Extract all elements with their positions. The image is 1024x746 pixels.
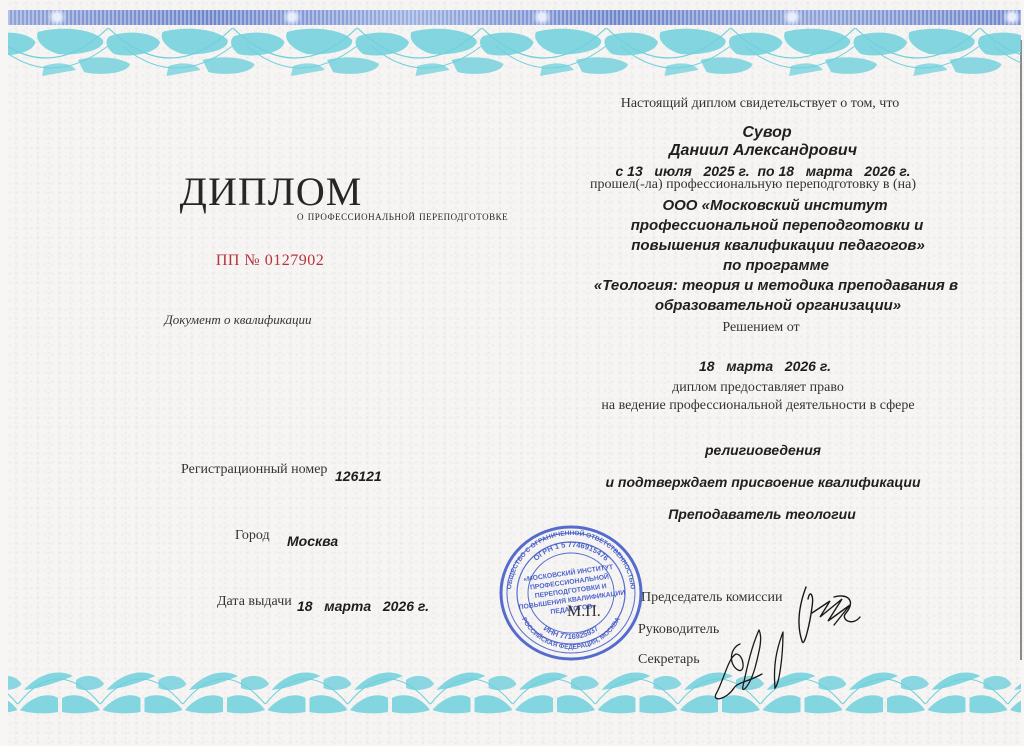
city-value: Москва — [287, 533, 338, 549]
city-label: Город — [235, 528, 270, 544]
secretary-signature — [710, 640, 770, 710]
program-label: по программе — [723, 257, 829, 274]
svg-text:ИНН 7716925937: ИНН 7716925937 — [542, 624, 600, 641]
director-label: Руководитель — [638, 622, 719, 638]
confirms-text: и подтверждает присвоение квалификации — [605, 474, 920, 490]
intro-text: Настоящий диплом свидетельствует о том, … — [621, 96, 900, 112]
issue-date-label: Дата выдачи — [217, 594, 292, 610]
institution-line-3: повышения квалификации педагогов» — [631, 237, 925, 254]
chairman-signature — [790, 583, 870, 653]
chairman-label: Председатель комиссии — [641, 590, 782, 606]
registration-number-value: 126121 — [335, 468, 382, 484]
decision-label: Решением от — [722, 320, 799, 336]
rights-line-1: диплом предоставляет право — [672, 380, 844, 396]
institution-line-1: ООО «Московский институт — [662, 197, 887, 214]
recipient-surname: Сувор — [742, 124, 791, 142]
document-subtitle: о профессиональной переподготовке — [297, 208, 508, 224]
passed-text: прошел(-ла) профессиональную переподгото… — [590, 177, 916, 193]
issue-date-value: 18 марта 2026 г. — [297, 598, 429, 614]
program-line-2: образовательной организации» — [655, 297, 901, 314]
recipient-given-names: Даниил Александрович — [669, 142, 857, 160]
rights-line-2: на ведение профессиональной деятельности… — [601, 398, 914, 414]
document-type: Документ о квалификации — [165, 312, 312, 328]
seal-mark: М.П. — [567, 603, 601, 621]
serial-number: ПП № 0127902 — [216, 252, 324, 270]
top-security-band — [8, 10, 1021, 25]
qualification: Преподаватель теологии — [668, 506, 856, 522]
bottom-ornament-border — [8, 660, 1021, 720]
decision-date: 18 марта 2026 г. — [699, 358, 831, 374]
institution-line-2: профессиональной переподготовки и — [631, 217, 924, 234]
registration-number-label: Регистрационный номер — [181, 462, 327, 478]
secretary-label: Секретарь — [638, 652, 700, 668]
program-line-1: «Теология: теория и методика преподавани… — [594, 277, 958, 294]
official-stamp: ОБЩЕСТВО С ОГРАНИЧЕННОЙ ОТВЕТСТВЕННОСТЬЮ… — [497, 523, 645, 663]
top-ornament-border — [8, 26, 1021, 82]
professional-field: религиоведения — [705, 442, 821, 458]
page-edge — [1020, 40, 1022, 660]
